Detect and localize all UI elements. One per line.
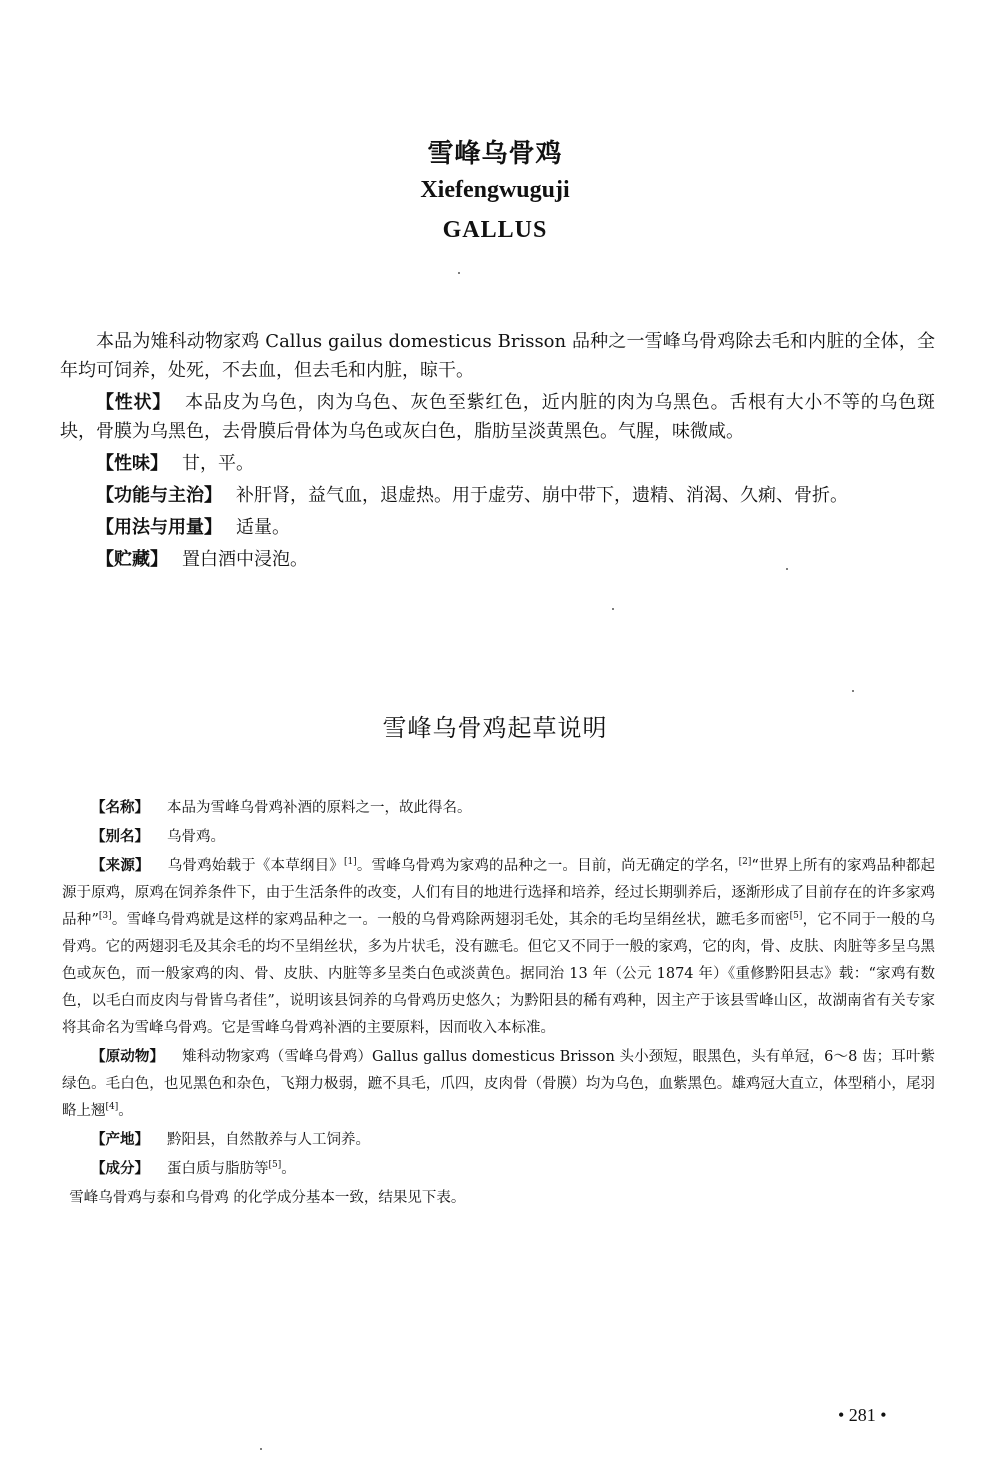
section-storage: 【贮藏】置白酒中浸泡。: [60, 545, 935, 574]
monograph-title-latin: GALLUS: [0, 217, 990, 244]
note-components: 【成分】蛋白质与脂肪等[5]。: [62, 1156, 935, 1183]
citation-ref: [2]: [739, 857, 752, 867]
closing-sentence: 雪峰乌骨鸡与泰和乌骨鸡 的化学成分基本一致，结果见下表。: [62, 1185, 935, 1212]
section-text: 适量。: [236, 517, 290, 538]
section-label: 【用法与用量】: [96, 517, 222, 538]
citation-ref: [5]: [790, 911, 803, 921]
scan-speck: [612, 608, 614, 610]
section-text: 置白酒中浸泡。: [182, 549, 308, 570]
note-source: 【来源】乌骨鸡始载于《本草纲目》[1]。雪峰乌骨鸡为家鸡的品种之一。目前，尚无确…: [62, 853, 935, 1042]
monograph-title-chinese: 雪峰乌骨鸡: [0, 133, 990, 170]
section-label: 【别名】: [91, 829, 149, 845]
monograph-title-pinyin: Xiefengwuguji: [0, 177, 990, 204]
section-label: 【原动物】: [91, 1049, 164, 1065]
section-label: 【贮藏】: [96, 549, 168, 570]
drafting-notes-title: 雪峰乌骨鸡起草说明: [0, 708, 990, 743]
page-number: • 281 •: [838, 1405, 887, 1426]
section-text: 。雪峰乌骨鸡为家鸡的品种之一。目前，尚无确定的学名，: [357, 858, 739, 874]
section-characters: 【性状】本品皮为乌色，肉为乌色、灰色至紫红色，近内脏的肉为乌黑色。舌根有大小不等…: [60, 388, 935, 446]
intro-paragraph: 本品为雉科动物家鸡 Callus gailus domesticus Briss…: [60, 327, 935, 385]
section-taste: 【性味】甘，平。: [60, 449, 935, 478]
section-text: 补肝肾，益气血，退虚热。用于虚劳、崩中带下，遗精、消渴、久痢、骨折。: [236, 485, 848, 506]
citation-ref: [5]: [269, 1160, 282, 1170]
section-text: 。: [118, 1103, 133, 1119]
scan-speck: [786, 568, 788, 570]
section-text: 乌骨鸡。: [167, 829, 225, 845]
section-label: 【成分】: [91, 1161, 149, 1177]
monograph-body: 本品为雉科动物家鸡 Callus gailus domesticus Briss…: [60, 327, 935, 577]
section-text: 本品皮为乌色，肉为乌色、灰色至紫红色，近内脏的肉为乌黑色。舌根有大小不等的乌色斑…: [60, 392, 935, 442]
section-label: 【功能与主治】: [96, 485, 222, 506]
citation-ref: [3]: [99, 911, 112, 921]
section-text: 乌骨鸡始载于《本草纲目》: [168, 858, 344, 874]
section-label: 【性味】: [96, 453, 168, 474]
citation-ref: [1]: [344, 857, 357, 867]
drafting-notes-body: 【名称】本品为雪峰乌骨鸡补酒的原料之一，故此得名。 【别名】乌骨鸡。 【来源】乌…: [62, 795, 935, 1214]
scan-speck: [852, 690, 854, 692]
section-usage: 【用法与用量】适量。: [60, 513, 935, 542]
section-label: 【产地】: [91, 1132, 149, 1148]
section-text: ，它不同于一般的乌骨鸡。它的两翅羽毛及其余毛的均不呈绢丝状，多为片状毛，没有蹠毛…: [62, 912, 935, 1036]
section-label: 【来源】: [91, 858, 150, 874]
section-text: 甘，平。: [182, 453, 254, 474]
section-text: 。雪峰乌骨鸡就是这样的家鸡品种之一。一般的乌骨鸡除两翅羽毛处，其余的毛均呈绢丝状…: [112, 912, 790, 928]
note-alias: 【别名】乌骨鸡。: [62, 824, 935, 851]
note-origin: 【产地】黔阳县，自然散养与人工饲养。: [62, 1127, 935, 1154]
section-text: 雉科动物家鸡（雪峰乌骨鸡）Gallus gallus domesticus Br…: [62, 1049, 935, 1119]
section-text: 本品为雪峰乌骨鸡补酒的原料之一，故此得名。: [167, 800, 472, 816]
section-text: 黔阳县，自然散养与人工饲养。: [167, 1132, 370, 1148]
citation-ref: [4]: [106, 1102, 119, 1112]
scan-speck: [260, 1448, 262, 1450]
scan-speck: [458, 272, 460, 274]
note-original-animal: 【原动物】雉科动物家鸡（雪峰乌骨鸡）Gallus gallus domestic…: [62, 1044, 935, 1125]
section-label: 【性状】: [96, 392, 171, 413]
section-functions: 【功能与主治】补肝肾，益气血，退虚热。用于虚劳、崩中带下，遗精、消渴、久痢、骨折…: [60, 481, 935, 510]
note-name: 【名称】本品为雪峰乌骨鸡补酒的原料之一，故此得名。: [62, 795, 935, 822]
section-text: 。: [281, 1161, 296, 1177]
section-label: 【名称】: [91, 800, 149, 816]
section-text: 蛋白质与脂肪等: [167, 1161, 269, 1177]
